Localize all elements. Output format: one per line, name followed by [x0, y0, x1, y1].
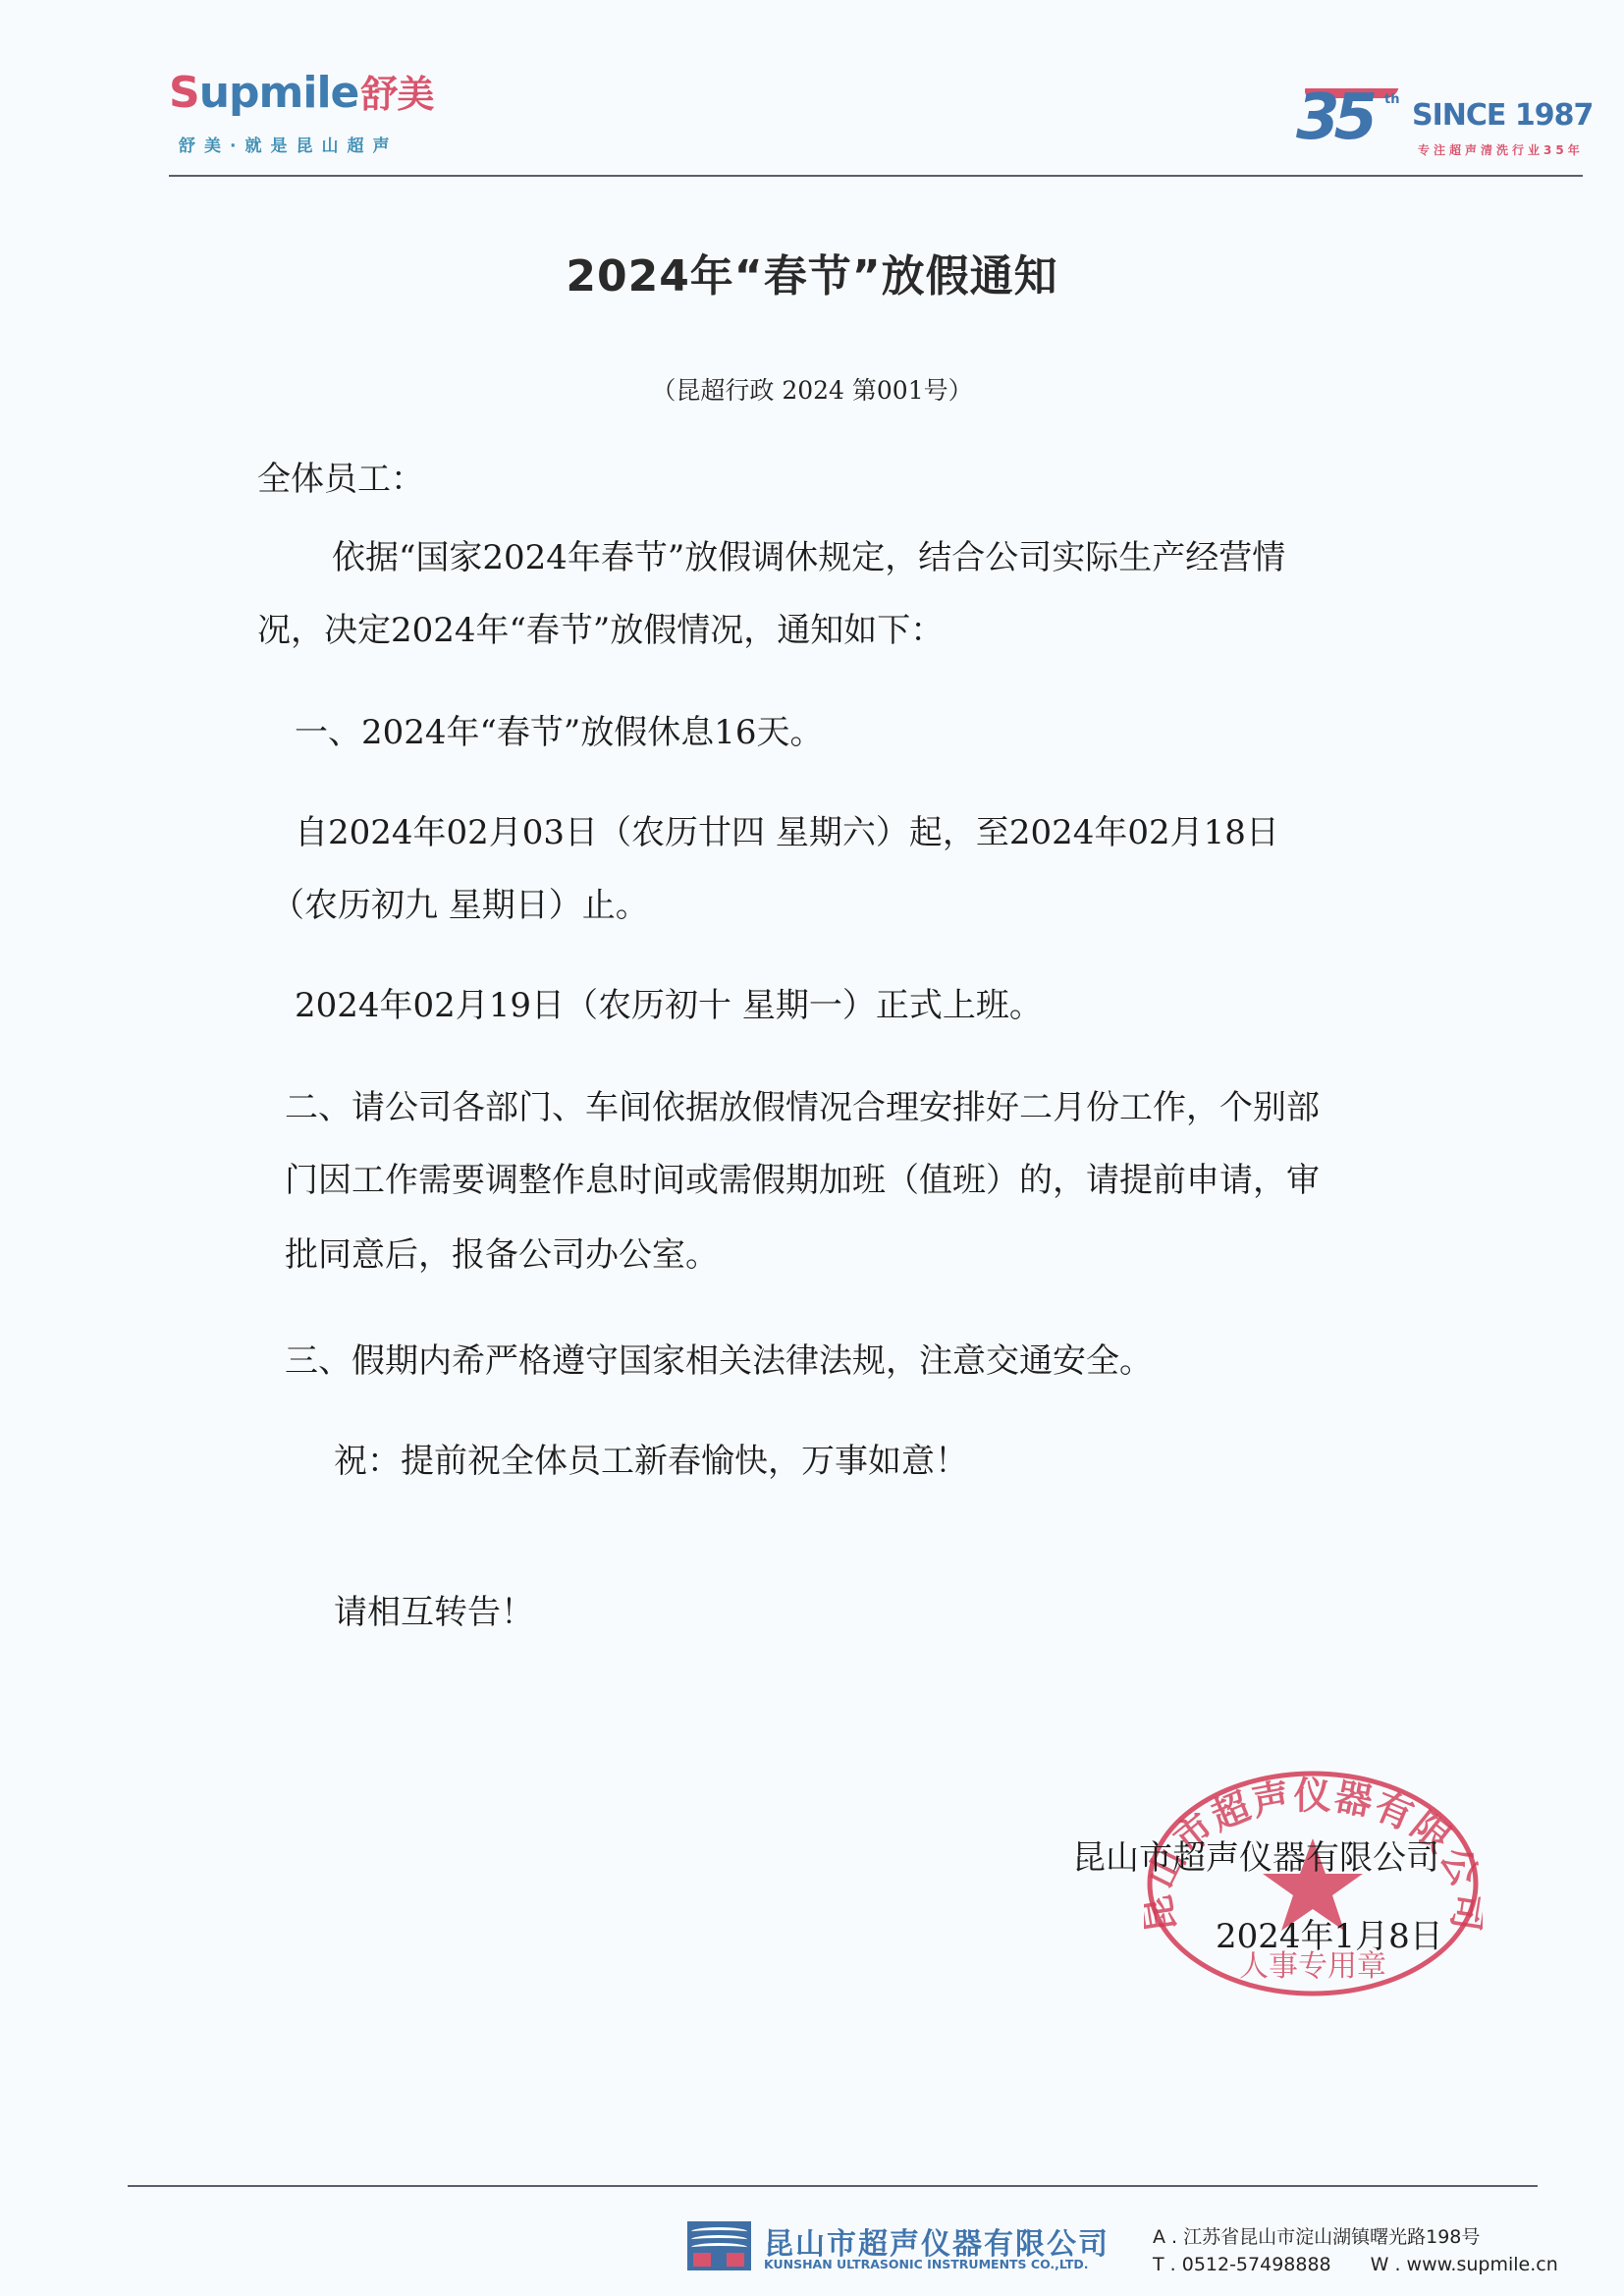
- body-line: （农历初九 星期日）止。: [271, 884, 649, 927]
- document-title: 2024年“春节”放假通知: [0, 241, 1624, 303]
- brand-slogan: 舒美·就是昆山超声: [179, 132, 398, 156]
- anniversary-suffix: th: [1384, 92, 1399, 107]
- document-number: （昆超行政 2024 第001号）: [0, 371, 1624, 407]
- signature-date: 2024年1月8日: [1216, 1915, 1443, 1958]
- item-two: 二、请公司各部门、车间依据放假情况合理安排好二月份工作，个别部: [285, 1086, 1320, 1129]
- footer-website[interactable]: W . www.supmile.cn: [1371, 2254, 1558, 2275]
- signature-company: 昆山市超声仪器有限公司: [1072, 1836, 1439, 1880]
- footer-company-logo: 昆山市超声仪器有限公司 KUNSHAN ULTRASONIC INSTRUMEN…: [687, 2221, 1119, 2272]
- footer-company-en: KUNSHAN ULTRASONIC INSTRUMENTS CO.,LTD.: [764, 2257, 1088, 2271]
- item-one: 一、2024年“春节”放假休息16天。: [295, 711, 824, 754]
- closing: 请相互转告！: [334, 1591, 534, 1634]
- body-line: 自2024年02月03日（农历廿四 星期六）起，至2024年02月18日: [295, 811, 1279, 854]
- supmile-logo: Supmile舒美 舒美·就是昆山超声: [169, 67, 483, 165]
- company-seal-icon: 昆山市超声仪器有限公司 人事专用章: [1144, 1768, 1483, 1998]
- footer-contact: A . 江苏省昆山市淀山湖镇曙光路198号 T . 0512-57498888W…: [1153, 2223, 1558, 2278]
- body-line: 2024年02月19日（农历初十 星期一）正式上班。: [295, 984, 1043, 1027]
- since-year: SINCE 1987: [1412, 98, 1593, 133]
- body-line: 门因工作需要调整作息时间或需假期加班（值班）的，请提前申请，审: [285, 1159, 1320, 1202]
- wave-logo-icon: [687, 2221, 751, 2270]
- anniversary-number: 35: [1296, 86, 1372, 149]
- supmile-wordmark: Supmile舒美: [169, 67, 433, 121]
- item-three: 三、假期内希严格遵守国家相关法律法规，注意交通安全。: [285, 1339, 1153, 1383]
- salutation: 全体员工：: [257, 458, 424, 501]
- body-line: 批同意后，报备公司办公室。: [285, 1233, 719, 1277]
- greeting: 祝：提前祝全体员工新春愉快，万事如意！: [334, 1440, 968, 1483]
- anniversary-subtitle: 专注超声清洗行业35年: [1418, 141, 1584, 158]
- footer-address: A . 江苏省昆山市淀山湖镇曙光路198号: [1153, 2223, 1558, 2251]
- body-line: 依据“国家2024年春节”放假调休规定，结合公司实际生产经营情: [332, 536, 1285, 579]
- footer-divider: [128, 2185, 1538, 2187]
- footer-phone: T . 0512-57498888: [1153, 2254, 1331, 2275]
- anniversary-logo: 35 th SINCE 1987 专注超声清洗行业35年: [1296, 81, 1591, 169]
- header-divider: [169, 175, 1583, 177]
- body-line: 况，决定2024年“春节”放假情况，通知如下：: [257, 609, 944, 652]
